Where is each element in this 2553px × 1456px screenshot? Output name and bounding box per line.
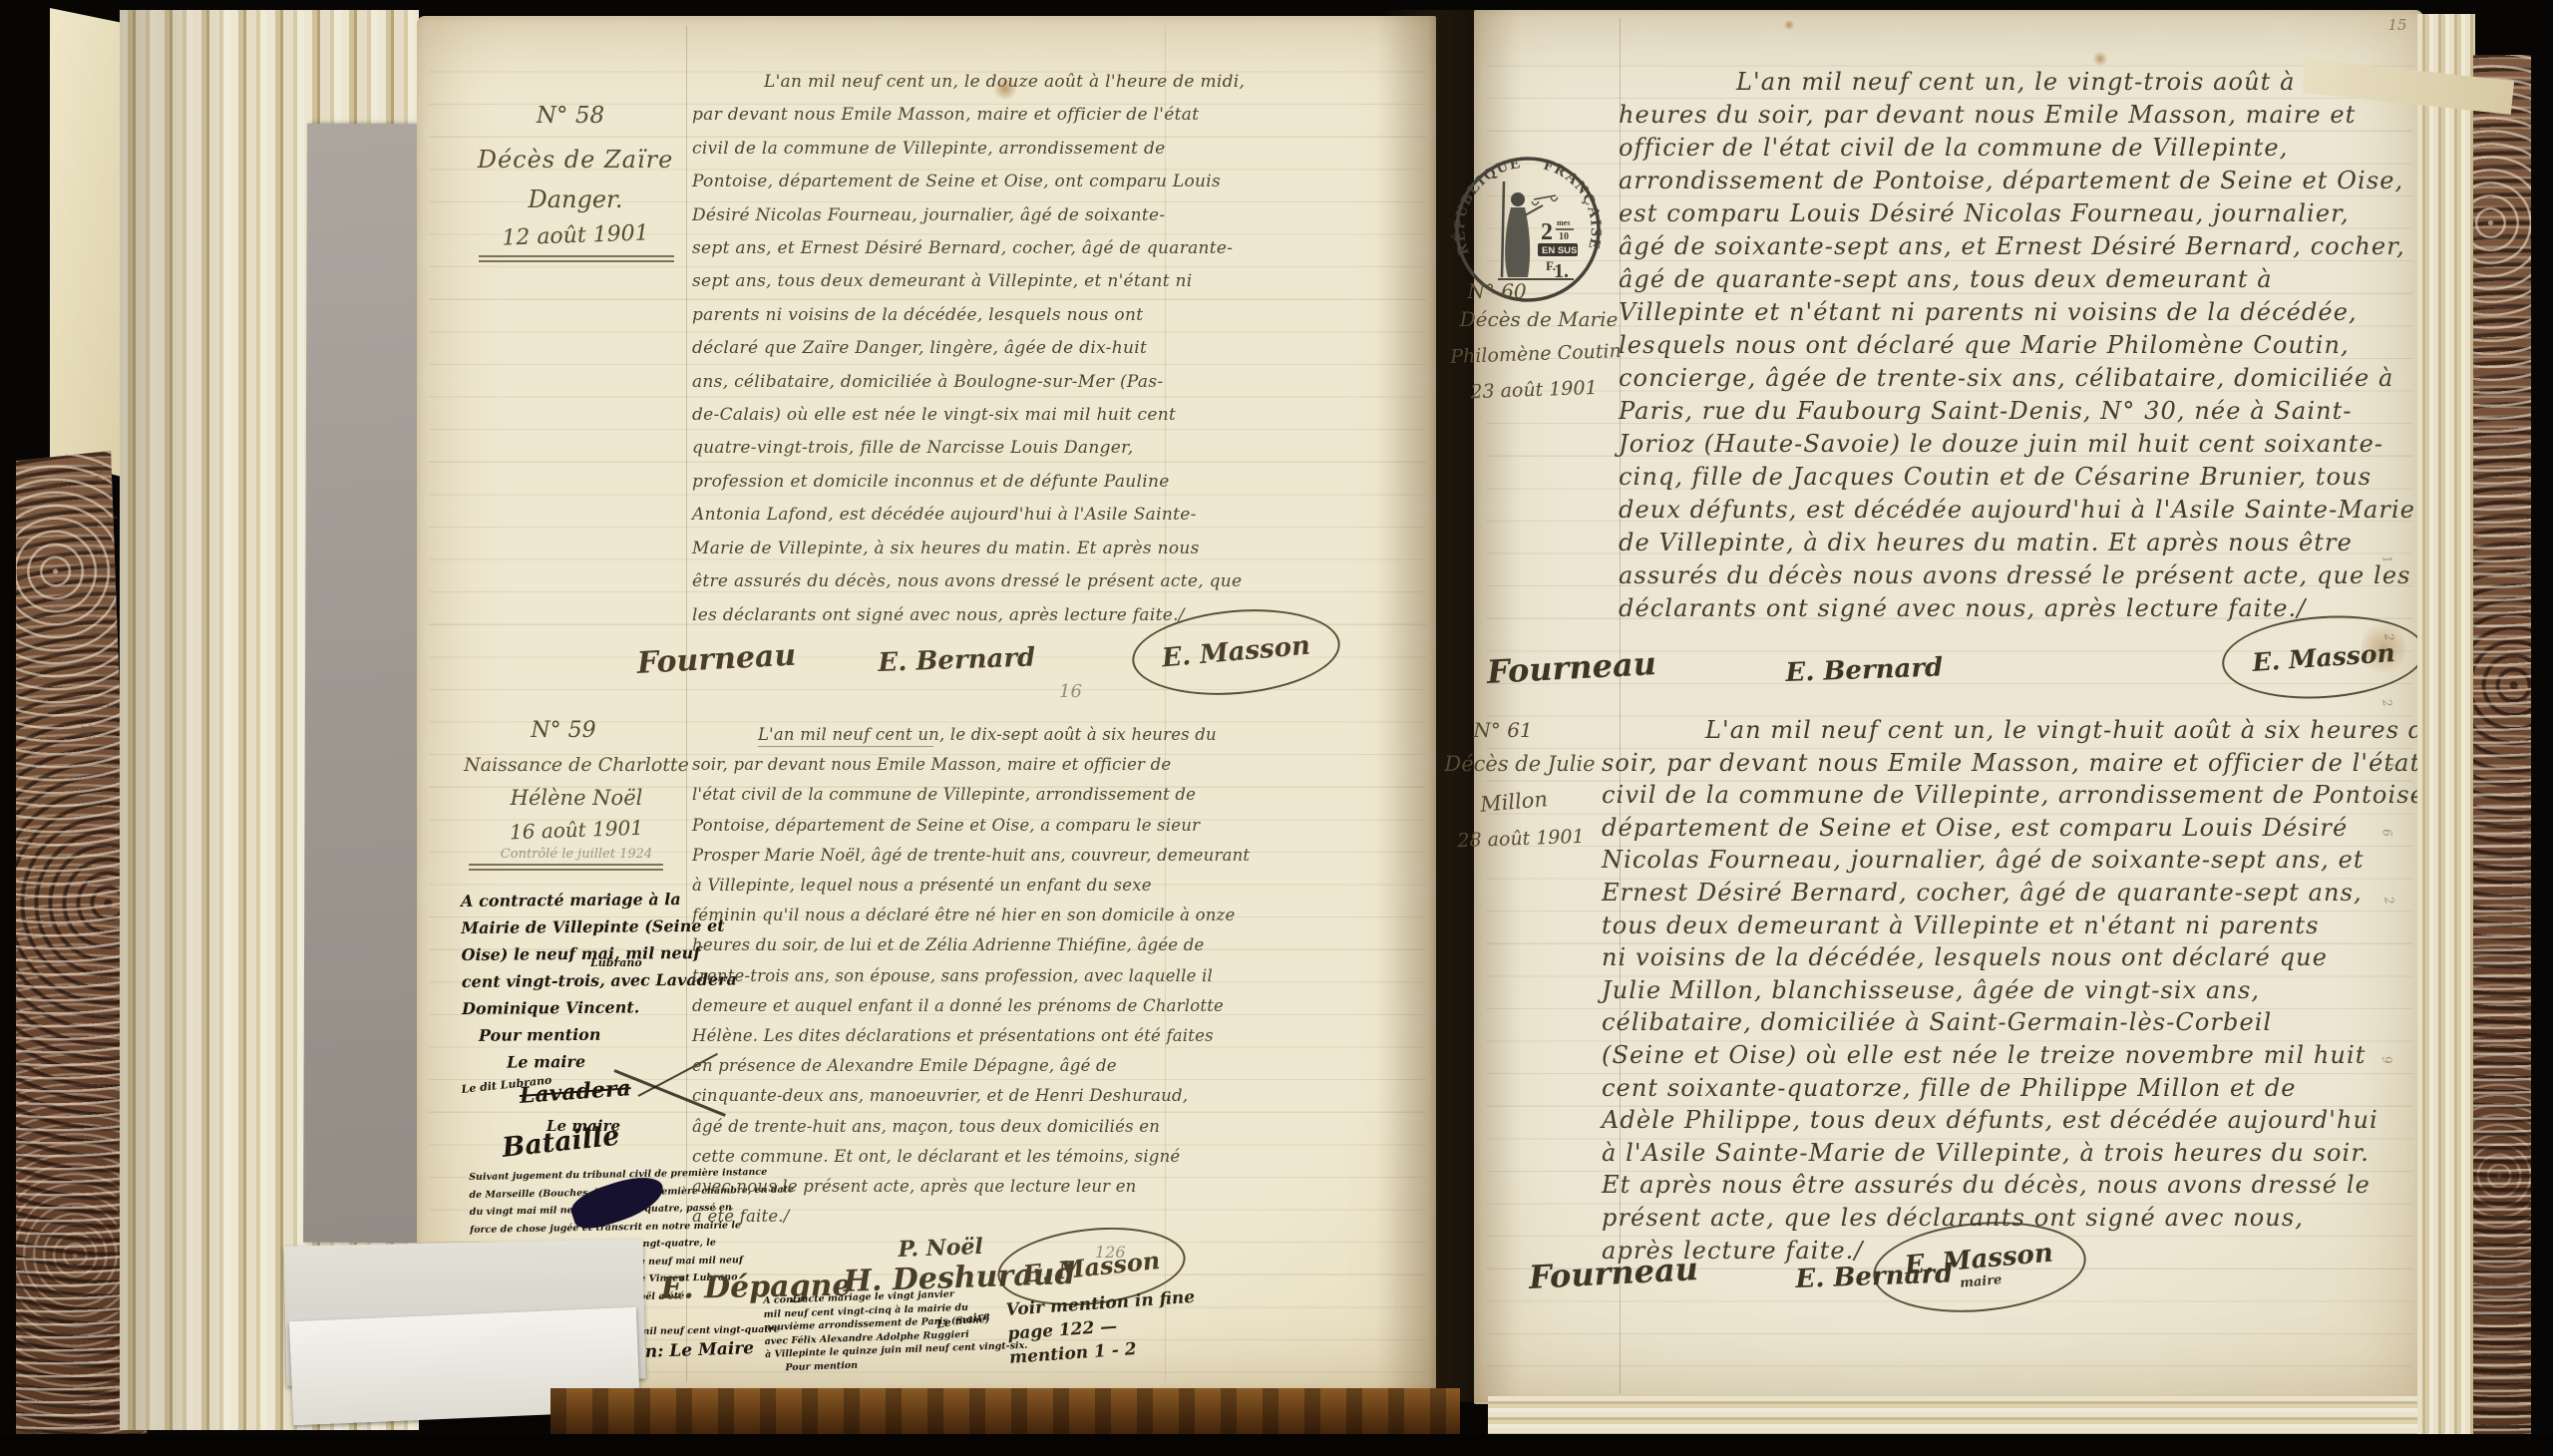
act59-control-note: Contrôlé le juillet 1924 bbox=[454, 847, 699, 862]
act58-pencil-note: 16 bbox=[1059, 681, 1082, 702]
act59-signature-noel: P. Noël bbox=[898, 1234, 983, 1263]
act59-margin-title: Naissance de Charlotte bbox=[449, 754, 704, 776]
stamp-value: 1. bbox=[1554, 260, 1569, 282]
act58-margin-title: Décès de Zaïre bbox=[451, 146, 700, 174]
act58-margin-title2: Danger. bbox=[451, 185, 700, 213]
act58-margin-rule bbox=[479, 255, 674, 262]
masson-signature-text: E. Masson bbox=[1022, 1245, 1162, 1287]
act61-body-text: L'an mil neuf cent un, le vingt-huit aoû… bbox=[1602, 714, 2411, 1267]
masson-signature-text: E. Masson bbox=[2251, 638, 2395, 677]
act59-margin-rule bbox=[469, 864, 663, 871]
act59-ruggieri-mention: A contracté mariage le vingt janvier mil… bbox=[763, 1285, 1028, 1375]
act61-margin-title: Décès de Julie bbox=[1420, 752, 1620, 776]
act60-body-text: L'an mil neuf cent un, le vingt-trois ao… bbox=[1619, 66, 2411, 625]
stamp-rate-denom: 10 bbox=[1559, 231, 1569, 242]
right-page-bottom-edges bbox=[1488, 1396, 2417, 1434]
right-page-edges-stack bbox=[2417, 14, 2475, 1442]
masson-title-text: maire bbox=[1960, 1273, 2003, 1291]
act60-signature-bernard: E. Bernard bbox=[1785, 652, 1944, 687]
act59-voir-mention-note: Voir mention in fine page 122 — mention … bbox=[1005, 1285, 1199, 1370]
edge-writing-fragment: 1 bbox=[103, 513, 119, 524]
act60-margin-number: N° 60 bbox=[1442, 279, 1552, 303]
photo-of-register-book: Dé 1 j 67 26 N° 58 Décès de Zaïre Danger… bbox=[0, 0, 2553, 1456]
act59-interline-lubrano: Lubrano bbox=[590, 956, 642, 969]
page-number: 15 bbox=[2377, 16, 2417, 34]
act58-signature-bernard: E. Bernard bbox=[878, 642, 1036, 677]
act58-margin-number: N° 58 bbox=[511, 103, 630, 129]
act59-margin-title2: Hélène Noël bbox=[449, 786, 704, 810]
stamp-rate: 2 bbox=[1541, 219, 1553, 245]
underline-stroke bbox=[758, 746, 933, 747]
act59-body-text: L'an mil neuf cent un, le dix-sept août … bbox=[692, 720, 1173, 1232]
act58-body-text: L'an mil neuf cent un, le douze août à l… bbox=[692, 66, 1169, 632]
masson-signature-text: E. Masson bbox=[1161, 631, 1311, 674]
edge-writing-fragment: 67 bbox=[93, 694, 111, 713]
act61-margin-number: N° 61 bbox=[1448, 718, 1558, 742]
stamp-surtax: EN SUS bbox=[1542, 245, 1577, 256]
bottom-shadow bbox=[0, 1434, 2553, 1456]
act59-margin-number: N° 59 bbox=[504, 718, 623, 743]
stamp-rate-sup: mes bbox=[1557, 218, 1570, 227]
act59-pencil-note: 126 bbox=[1095, 1243, 1126, 1262]
act60-margin-title: Décès de Marie bbox=[1432, 307, 1645, 331]
right-marbled-cover bbox=[2473, 55, 2531, 1456]
